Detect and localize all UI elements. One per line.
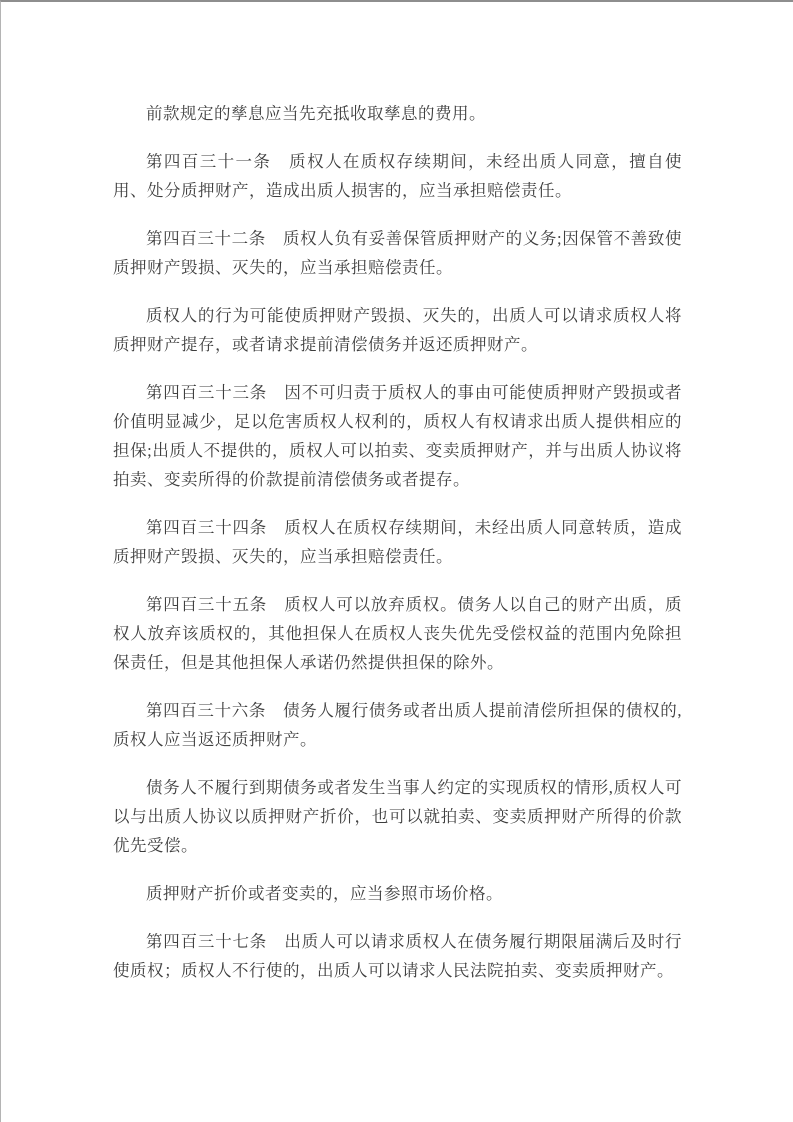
para-article-436-clause-3: 质押财产折价或者变卖的，应当参照市场价格。 — [113, 879, 682, 908]
para-article-432-clause-2: 质权人的行为可能使质押财产毁损、灭失的，出质人可以请求质权人将质押财产提存，或者… — [113, 301, 682, 359]
para-fruits-offset-rule: 前款规定的孳息应当先充抵收取孳息的费用。 — [113, 99, 682, 128]
para-article-437: 第四百三十七条 出质人可以请求质权人在债务履行期限届满后及时行使质权；质权人不行… — [113, 927, 682, 985]
para-article-431: 第四百三十一条 质权人在质权存续期间，未经出质人同意，擅自使用、处分质押财产，造… — [113, 147, 682, 205]
para-article-435: 第四百三十五条 质权人可以放弃质权。债务人以自己的财产出质，质权人放弃该质权的，… — [113, 590, 682, 677]
document-page: 前款规定的孳息应当先充抵收取孳息的费用。 第四百三十一条 质权人在质权存续期间，… — [0, 0, 793, 1122]
para-article-436-clause-2: 债务人不履行到期债务或者发生当事人约定的实现质权的情形,质权人可以与出质人协议以… — [113, 773, 682, 860]
para-article-432: 第四百三十二条 质权人负有妥善保管质押财产的义务;因保管不善致使质押财产毁损、灭… — [113, 224, 682, 282]
document-text-block: 前款规定的孳息应当先充抵收取孳息的费用。 第四百三十一条 质权人在质权存续期间，… — [1, 2, 793, 985]
para-article-434: 第四百三十四条 质权人在质权存续期间，未经出质人同意转质，造成质押财产毁损、灭失… — [113, 513, 682, 571]
para-article-436: 第四百三十六条 债务人履行债务或者出质人提前清偿所担保的债权的,质权人应当返还质… — [113, 696, 682, 754]
para-article-433: 第四百三十三条 因不可归责于质权人的事由可能使质押财产毁损或者价值明显减少，足以… — [113, 378, 682, 494]
